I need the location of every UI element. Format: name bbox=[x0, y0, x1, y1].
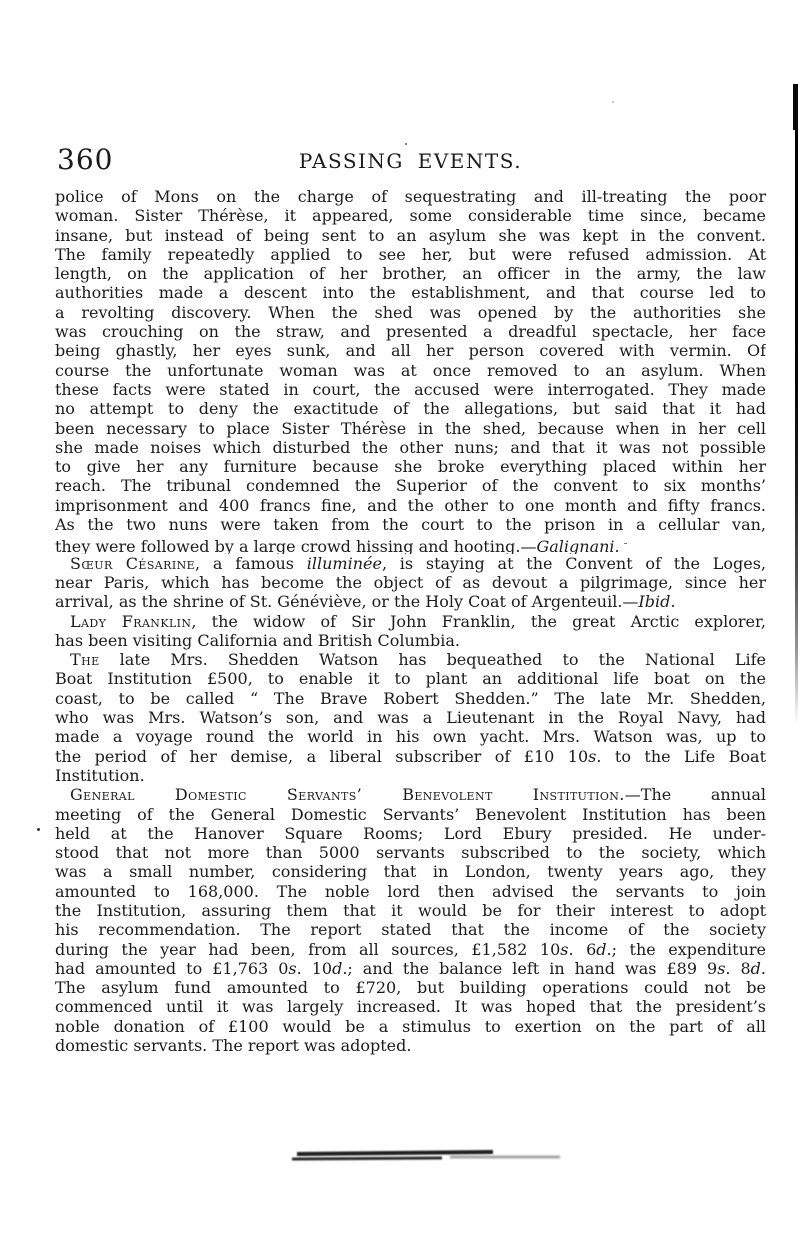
text-segment: police of Mons on the charge of sequestr… bbox=[55, 187, 766, 206]
text-segment: amounted to 168,000. The noble lord then… bbox=[55, 882, 766, 901]
text-segment: the period of her demise, a liberal subs… bbox=[55, 747, 588, 766]
text-segment: was a small number, considering that in … bbox=[55, 862, 766, 881]
text-segment: , is staying at the Convent of the Loges… bbox=[382, 554, 766, 573]
text-segment: these facts were stated in court, the ac… bbox=[55, 380, 766, 399]
text-line: his recommendation. The report stated th… bbox=[55, 920, 766, 939]
text-segment: a revolting discovery. When the shed was… bbox=[55, 303, 766, 322]
text-segment: —The annual bbox=[625, 785, 766, 804]
text-segment: - bbox=[620, 536, 628, 550]
ink-speck bbox=[612, 101, 614, 103]
text-line: being ghastly, her eyes sunk, and all he… bbox=[55, 341, 766, 360]
paragraph: police of Mons on the charge of sequestr… bbox=[55, 187, 766, 554]
text-line: stood that not more than 5000 servants s… bbox=[55, 843, 766, 862]
text-line: the Institution, assuring them that it w… bbox=[55, 901, 766, 920]
text-segment: .; the expenditure bbox=[607, 940, 766, 959]
scanned-document-page: 360 PASSING EVENTS. police of Mons on th… bbox=[0, 0, 811, 1259]
text-line: near Paris, which has become the object … bbox=[55, 573, 766, 592]
text-line: reach. The tribunal condemned the Superi… bbox=[55, 476, 766, 495]
text-line: Lady Franklin, the widow of Sir John Fra… bbox=[55, 612, 766, 631]
text-line: has been visiting California and British… bbox=[55, 631, 766, 650]
text-line: As the two nuns were taken from the cour… bbox=[55, 515, 766, 534]
text-segment: Boat Institution £500, to enable it to p… bbox=[55, 669, 766, 688]
text-segment: no attempt to deny the exactitude of the… bbox=[55, 399, 766, 418]
page-header: 360 PASSING EVENTS. bbox=[55, 143, 766, 183]
text-line: amounted to 168,000. The noble lord then… bbox=[55, 882, 766, 901]
text-line: coast, to be called “ The Brave Robert S… bbox=[55, 689, 766, 708]
text-segment: Galignani. bbox=[536, 537, 619, 553]
text-segment: imprisonment and 400 francs fine, and th… bbox=[55, 496, 766, 515]
text-line: a revolting discovery. When the shed was… bbox=[55, 303, 766, 322]
text-line: Institution. bbox=[55, 766, 766, 785]
text-line: to give her any furniture because she br… bbox=[55, 457, 766, 476]
text-segment: was crouching on the straw, and presente… bbox=[55, 322, 766, 341]
text-segment: arrival, as the shrine of St. Généviève,… bbox=[55, 592, 638, 611]
text-segment: d bbox=[751, 959, 761, 978]
text-line: Sœur Césarine, a famous illuminée, is st… bbox=[55, 554, 766, 573]
text-segment: . 8 bbox=[725, 959, 750, 978]
text-segment: d bbox=[596, 940, 606, 959]
print-smudge-artifact bbox=[297, 1150, 493, 1156]
text-segment: The asylum fund amounted to £720, but bu… bbox=[55, 978, 766, 997]
text-line: during the year had been, from all sourc… bbox=[55, 940, 766, 959]
text-segment: near Paris, which has become the object … bbox=[55, 573, 766, 592]
text-segment: Institution. bbox=[55, 766, 145, 785]
paragraph: Lady Franklin, the widow of Sir John Fra… bbox=[55, 612, 766, 651]
text-segment: illuminée bbox=[307, 554, 382, 573]
small-caps-lead: General Domestic Servants’ Benevolent In… bbox=[70, 785, 625, 804]
small-caps-lead: Sœur Césarine bbox=[70, 554, 195, 573]
text-line: Boat Institution £500, to enable it to p… bbox=[55, 669, 766, 688]
text-line: police of Mons on the charge of sequestr… bbox=[55, 187, 766, 206]
text-line: woman. Sister Thérèse, it appeared, some… bbox=[55, 206, 766, 225]
text-line: commenced until it was largely increased… bbox=[55, 997, 766, 1016]
ink-speck bbox=[405, 143, 407, 145]
text-segment: , the widow of Sir John Franklin, the gr… bbox=[191, 612, 766, 631]
text-line: authorities made a descent into the esta… bbox=[55, 283, 766, 302]
text-segment: , a famous bbox=[195, 554, 307, 573]
print-smudge-artifact bbox=[292, 1156, 442, 1160]
text-segment: commenced until it was largely increased… bbox=[55, 997, 766, 1016]
paragraph: The late Mrs. Shedden Watson has bequeat… bbox=[55, 650, 766, 785]
text-segment: had amounted to £1,763 0 bbox=[55, 959, 288, 978]
text-segment: late Mrs. Shedden Watson has bequeathed … bbox=[100, 650, 767, 669]
text-line: domestic servants. The report was adopte… bbox=[55, 1036, 766, 1055]
text-segment: authorities made a descent into the esta… bbox=[55, 283, 766, 302]
text-segment: meeting of the General Domestic Servants… bbox=[55, 805, 766, 824]
text-segment: . bbox=[761, 959, 766, 978]
text-body: police of Mons on the charge of sequestr… bbox=[55, 187, 766, 1055]
text-segment: . 6 bbox=[568, 940, 596, 959]
text-line: The late Mrs. Shedden Watson has bequeat… bbox=[55, 650, 766, 669]
text-line: course the unfortunate woman was at once… bbox=[55, 361, 766, 380]
text-segment: length, on the application of her brothe… bbox=[55, 264, 766, 283]
text-line: made a voyage round the world in his own… bbox=[55, 727, 766, 746]
text-line: meeting of the General Domestic Servants… bbox=[55, 805, 766, 824]
text-segment: been necessary to place Sister Thérèse i… bbox=[55, 419, 766, 438]
text-line: was a small number, considering that in … bbox=[55, 862, 766, 881]
text-line: arrival, as the shrine of St. Généviève,… bbox=[55, 592, 766, 611]
text-segment: she made noises which disturbed the othe… bbox=[55, 438, 766, 457]
text-line: these facts were stated in court, the ac… bbox=[55, 380, 766, 399]
text-line: they were followed by a large crowd hiss… bbox=[55, 534, 766, 553]
text-line: had amounted to £1,763 0s. 10d.; and the… bbox=[55, 959, 766, 978]
text-line: the period of her demise, a liberal subs… bbox=[55, 747, 766, 766]
text-segment: d bbox=[332, 959, 342, 978]
text-line: General Domestic Servants’ Benevolent In… bbox=[55, 785, 766, 804]
text-segment: coast, to be called “ The Brave Robert S… bbox=[55, 689, 766, 708]
text-segment: The family repeatedly applied to see her… bbox=[55, 245, 766, 264]
paragraph: General Domestic Servants’ Benevolent In… bbox=[55, 785, 766, 1055]
text-segment: has been visiting California and British… bbox=[55, 631, 460, 650]
small-caps-lead: Lady Franklin bbox=[70, 612, 191, 631]
text-line: been necessary to place Sister Thérèse i… bbox=[55, 419, 766, 438]
text-segment: the Institution, assuring them that it w… bbox=[55, 901, 766, 920]
text-line: was crouching on the straw, and presente… bbox=[55, 322, 766, 341]
text-segment: s bbox=[288, 959, 296, 978]
text-segment: being ghastly, her eyes sunk, and all he… bbox=[55, 341, 766, 360]
text-line: held at the Hanover Square Rooms; Lord E… bbox=[55, 824, 766, 843]
text-line: no attempt to deny the exactitude of the… bbox=[55, 399, 766, 418]
text-line: length, on the application of her brothe… bbox=[55, 264, 766, 283]
text-line: The asylum fund amounted to £720, but bu… bbox=[55, 978, 766, 997]
text-segment: stood that not more than 5000 servants s… bbox=[55, 843, 766, 862]
text-segment: Ibid. bbox=[638, 592, 675, 611]
text-segment: noble donation of £100 would be a stimul… bbox=[55, 1017, 766, 1036]
paragraph: Sœur Césarine, a famous illuminée, is st… bbox=[55, 554, 766, 612]
scan-edge-artifact-top bbox=[793, 84, 798, 130]
text-segment: course the unfortunate woman was at once… bbox=[55, 361, 766, 380]
text-segment: insane, but instead of being sent to an … bbox=[55, 226, 766, 245]
text-segment: woman. Sister Thérèse, it appeared, some… bbox=[55, 206, 766, 225]
text-line: insane, but instead of being sent to an … bbox=[55, 226, 766, 245]
text-segment: during the year had been, from all sourc… bbox=[55, 940, 560, 959]
text-line: she made noises which disturbed the othe… bbox=[55, 438, 766, 457]
text-line: imprisonment and 400 francs fine, and th… bbox=[55, 496, 766, 515]
text-line: who was Mrs. Watson’s son, and was a Lie… bbox=[55, 708, 766, 727]
small-caps-lead: The bbox=[70, 650, 100, 669]
text-line: noble donation of £100 would be a stimul… bbox=[55, 1017, 766, 1036]
ink-speck bbox=[37, 828, 40, 831]
text-segment: they were followed by a large crowd hiss… bbox=[55, 537, 536, 553]
text-segment: who was Mrs. Watson’s son, and was a Lie… bbox=[55, 708, 766, 727]
text-segment: made a voyage round the world in his own… bbox=[55, 727, 766, 746]
text-segment: . 10 bbox=[297, 959, 332, 978]
text-segment: his recommendation. The report stated th… bbox=[55, 920, 766, 939]
text-segment: . to the Life Boat bbox=[596, 747, 766, 766]
text-segment: held at the Hanover Square Rooms; Lord E… bbox=[55, 824, 766, 843]
text-segment: to give her any furniture because she br… bbox=[55, 457, 766, 476]
text-segment: As the two nuns were taken from the cour… bbox=[55, 515, 766, 534]
text-segment: domestic servants. The report was adopte… bbox=[55, 1036, 411, 1055]
text-segment: .; and the balance left in hand was £89 … bbox=[342, 959, 717, 978]
scan-edge-artifact bbox=[795, 84, 798, 744]
page-title: PASSING EVENTS. bbox=[55, 149, 766, 173]
text-line: The family repeatedly applied to see her… bbox=[55, 245, 766, 264]
print-smudge-artifact bbox=[450, 1156, 560, 1158]
text-segment: reach. The tribunal condemned the Superi… bbox=[55, 476, 766, 495]
